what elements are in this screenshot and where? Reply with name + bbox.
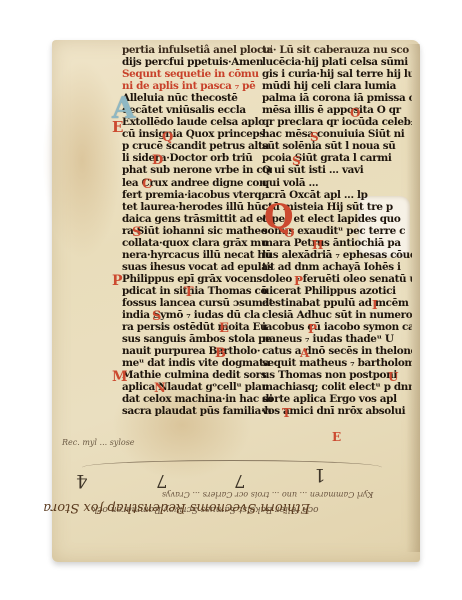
- red-initial: P: [308, 322, 317, 336]
- flourish-line: [82, 460, 382, 475]
- red-initial: T: [184, 285, 194, 300]
- red-initial: H: [312, 238, 323, 252]
- handwritten-numeral: 7: [156, 470, 167, 491]
- upside-down-inscription: Ethiorn Svecnoms Redensthap fox Stora: [70, 500, 310, 515]
- text-line: daica gens trāsmittit ad ethe: [64, 213, 272, 225]
- manuscript-leaf: pertia infulsetiâ anel plocuim nos tecog…: [52, 40, 420, 562]
- text-line: fert premia·iacobus vterq; ni: [64, 189, 272, 201]
- text-line: destinabat ppulū ad mcēm ec: [262, 297, 412, 309]
- red-initial: E: [219, 321, 229, 336]
- red-initial: E: [112, 118, 123, 136]
- text-line: meᵘ dat indis vite dogmata: [64, 357, 272, 369]
- text-line: dat celox machina·in hac die: [64, 393, 272, 405]
- text-line: ra·Siūt iohanni sic matheo: [64, 225, 272, 237]
- text-line: gis i curia·hij sal terre hij lu: [262, 68, 412, 80]
- text-line: india Symō ₇ iudas dū cla: [64, 309, 272, 321]
- margin-handwritten-note: Rec. myl ... sylose: [62, 438, 135, 447]
- red-initial: B: [215, 346, 226, 361]
- text-line: suas ihesus vocat ad epulas: [64, 261, 272, 273]
- handwritten-numeral: 4: [76, 470, 87, 491]
- handwritten-numeral: 7: [234, 470, 245, 491]
- red-initial: S: [132, 225, 141, 240]
- text-line: naneus ₇ iudas thadeᵘ U: [262, 333, 412, 345]
- text-line: dijs percfui ppetuis·Amen: [64, 56, 272, 68]
- red-initial: A: [300, 346, 309, 360]
- text-line: Q ui sūt isti ... vavi: [262, 164, 412, 176]
- text-line: mēsa illis ē apposita O qr: [262, 104, 412, 116]
- text-line: sus sanguis āmbos stola perox: [64, 333, 272, 345]
- text-line: aplica Nlaudat gᵒcellᵘ plau: [64, 381, 272, 393]
- text-line: li sidera·Doctor orb triū: [64, 152, 272, 164]
- text-line: catus a dnō secēs in thelone: [262, 345, 412, 357]
- red-initial: I: [372, 298, 378, 312]
- red-initial: M: [112, 369, 128, 385]
- text-line: lus alexādriā ₇ ephesas cōuer: [262, 249, 412, 261]
- red-initial: O: [284, 226, 294, 240]
- text-line: sacra plaudat pūs familia·ho: [64, 405, 272, 417]
- text-line: lucēcia·hij plati celsa sūmi: [262, 56, 412, 68]
- text-line: sequit matheus ₇ bartholom: [262, 357, 412, 369]
- text-line: pcoia Siūt grata l carmi: [262, 152, 412, 164]
- text-line: decātet vniūsalis eccla: [64, 104, 272, 116]
- text-line: tet laurea·herodes illū hūc iu: [64, 201, 272, 213]
- text-line: sūt solēnia sūt l noua sū: [262, 140, 412, 152]
- text-line: Sequnt sequetie in cōmu: [64, 68, 272, 80]
- text-line: pdicat in sithia Thomas cō: [64, 285, 272, 297]
- text-line: iacobus cū iacobo symon ca: [262, 321, 412, 333]
- red-initial: O: [350, 106, 360, 120]
- text-line: sorte aplica Ergo vos apl: [262, 393, 412, 405]
- text-line: nera·hyrcacus illū necat hūc: [64, 249, 272, 261]
- red-initial: C: [142, 177, 152, 192]
- red-initial: E: [332, 430, 341, 444]
- text-line: collata·quox clara grāx mu: [64, 237, 272, 249]
- text-line: lea Crux andree digne con: [64, 177, 272, 189]
- red-initial: D: [152, 153, 163, 168]
- text-line: ta· Lū sit caberauza nu sco: [262, 44, 412, 56]
- text-line: qui volā ...: [262, 177, 412, 189]
- text-line: hac mēsa conuiuia Siūt ni: [262, 128, 412, 140]
- text-line: Mathie culmina dedit sors: [64, 369, 272, 381]
- text-line: pertia infulsetiâ anel plocuim nos tecog…: [64, 44, 272, 56]
- left-text-column: pertia infulsetiâ anel plocuim nos tecog…: [64, 44, 272, 417]
- red-initial: Q: [162, 130, 173, 145]
- text-line: tit ad dnm achayā Iohēs i: [262, 261, 412, 273]
- text-line: qr preclara qr iocūda celeb₂: [262, 116, 412, 128]
- text-line: clesiā Adhuc sūt in numero: [262, 309, 412, 321]
- text-line: nauit purpurea Bartholo·: [64, 345, 272, 357]
- red-initial: P: [294, 274, 303, 288]
- text-line: ra persis ostēdūt moita Eu: [64, 321, 272, 333]
- text-line: Alleluia nūc thecostē: [64, 92, 272, 104]
- text-line: ni de aplis int pasca ₇ pē: [64, 80, 272, 92]
- red-initial: U: [388, 370, 398, 384]
- inscription-line-third: Kyrl Cammaren ... uno ... trois ocr Carl…: [162, 490, 373, 499]
- red-initial: N: [154, 381, 166, 396]
- text-line: uicerat Philippus azotici: [262, 285, 412, 297]
- text-line: doleo ₇ feruēti oleo senatū u: [262, 273, 412, 285]
- red-initial: S: [310, 130, 319, 144]
- text-line: palma iā corona iā pmissa o: [262, 92, 412, 104]
- text-line: Philippus epī grāx vocens: [64, 273, 272, 285]
- red-initial: S: [292, 154, 301, 168]
- text-line: fossus lancea cursū ɔsumat in: [64, 297, 272, 309]
- text-line: mūdi hij celi clara lumia: [262, 80, 412, 92]
- handwritten-numeral: 1: [314, 464, 325, 485]
- red-initial: T: [282, 406, 291, 420]
- red-initial: P: [112, 273, 123, 289]
- text-line: Extollēdo laude celsa aplo: [64, 116, 272, 128]
- text-line: phat sub nerone vrbe in comu: [64, 164, 272, 176]
- red-initial: S: [152, 309, 161, 324]
